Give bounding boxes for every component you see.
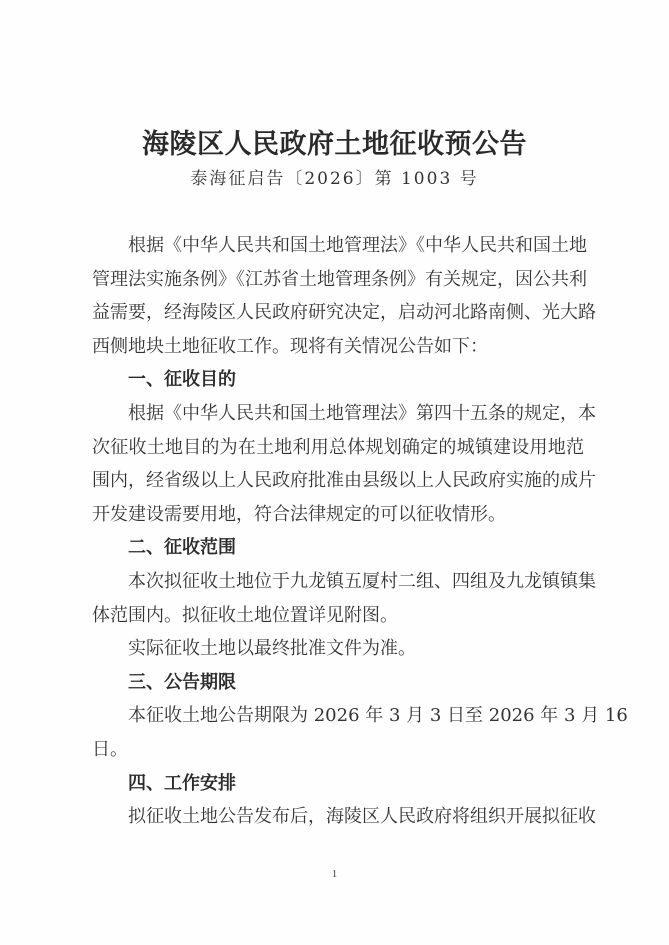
text-line: 开发建设需要用地，符合法律规定的可以征收情形。 (92, 498, 584, 532)
section-scope: 二、征收范围 本次拟征收土地位于九龙镇五厦村二组、四组及九龙镇镇集 体范围内。拟… (92, 531, 584, 665)
text-line: 西侧地块土地征收工作。现将有关情况公告如下： (92, 330, 584, 364)
document-title: 海陵区人民政府土地征收预公告 (0, 122, 669, 161)
text-line: 根据《中华人民共和国土地管理法》《中华人民共和国土地 (92, 229, 584, 263)
section-purpose: 一、征收目的 根据《中华人民共和国土地管理法》第四十五条的规定，本 次征收土地目… (92, 363, 584, 531)
section-arrangement: 四、工作安排 拟征收土地公告发布后，海陵区人民政府将组织开展拟征收 (92, 767, 584, 834)
intro-paragraph: 根据《中华人民共和国土地管理法》《中华人民共和国土地 管理法实施条例》《江苏省土… (92, 229, 584, 363)
text-line: 根据《中华人民共和国土地管理法》第四十五条的规定，本 (92, 397, 584, 431)
text-line: 管理法实施条例》《江苏省土地管理条例》有关规定，因公共利 (92, 263, 584, 297)
section-heading: 四、工作安排 (92, 767, 584, 801)
page-number: 1 (0, 868, 669, 880)
section-heading: 一、征收目的 (92, 363, 584, 397)
text-line: 次征收土地目的为在土地利用总体规划确定的城镇建设用地范 (92, 431, 584, 465)
document-page: 海陵区人民政府土地征收预公告 泰海征启告〔2026〕第 1003 号 根据《中华… (0, 0, 669, 945)
section-period: 三、公告期限 本征收土地公告期限为 2026 年 3 月 3 日至 2026 年… (92, 666, 584, 767)
text-line: 益需要，经海陵区人民政府研究决定，启动河北路南侧、光大路 (92, 296, 584, 330)
section-heading: 三、公告期限 (92, 666, 584, 700)
text-line: 本征收土地公告期限为 2026 年 3 月 3 日至 2026 年 3 月 16 (92, 699, 584, 733)
text-line: 日。 (92, 733, 584, 767)
document-number: 泰海征启告〔2026〕第 1003 号 (0, 164, 669, 189)
text-line: 本次拟征收土地位于九龙镇五厦村二组、四组及九龙镇镇集 (92, 565, 584, 599)
section-heading: 二、征收范围 (92, 531, 584, 565)
text-line: 拟征收土地公告发布后，海陵区人民政府将组织开展拟征收 (92, 800, 584, 834)
text-line: 体范围内。拟征收土地位置详见附图。 (92, 599, 584, 633)
text-line: 实际征收土地以最终批准文件为准。 (92, 632, 584, 666)
document-body: 根据《中华人民共和国土地管理法》《中华人民共和国土地 管理法实施条例》《江苏省土… (92, 229, 584, 834)
text-line: 围内，经省级以上人民政府批准由县级以上人民政府实施的成片 (92, 464, 584, 498)
